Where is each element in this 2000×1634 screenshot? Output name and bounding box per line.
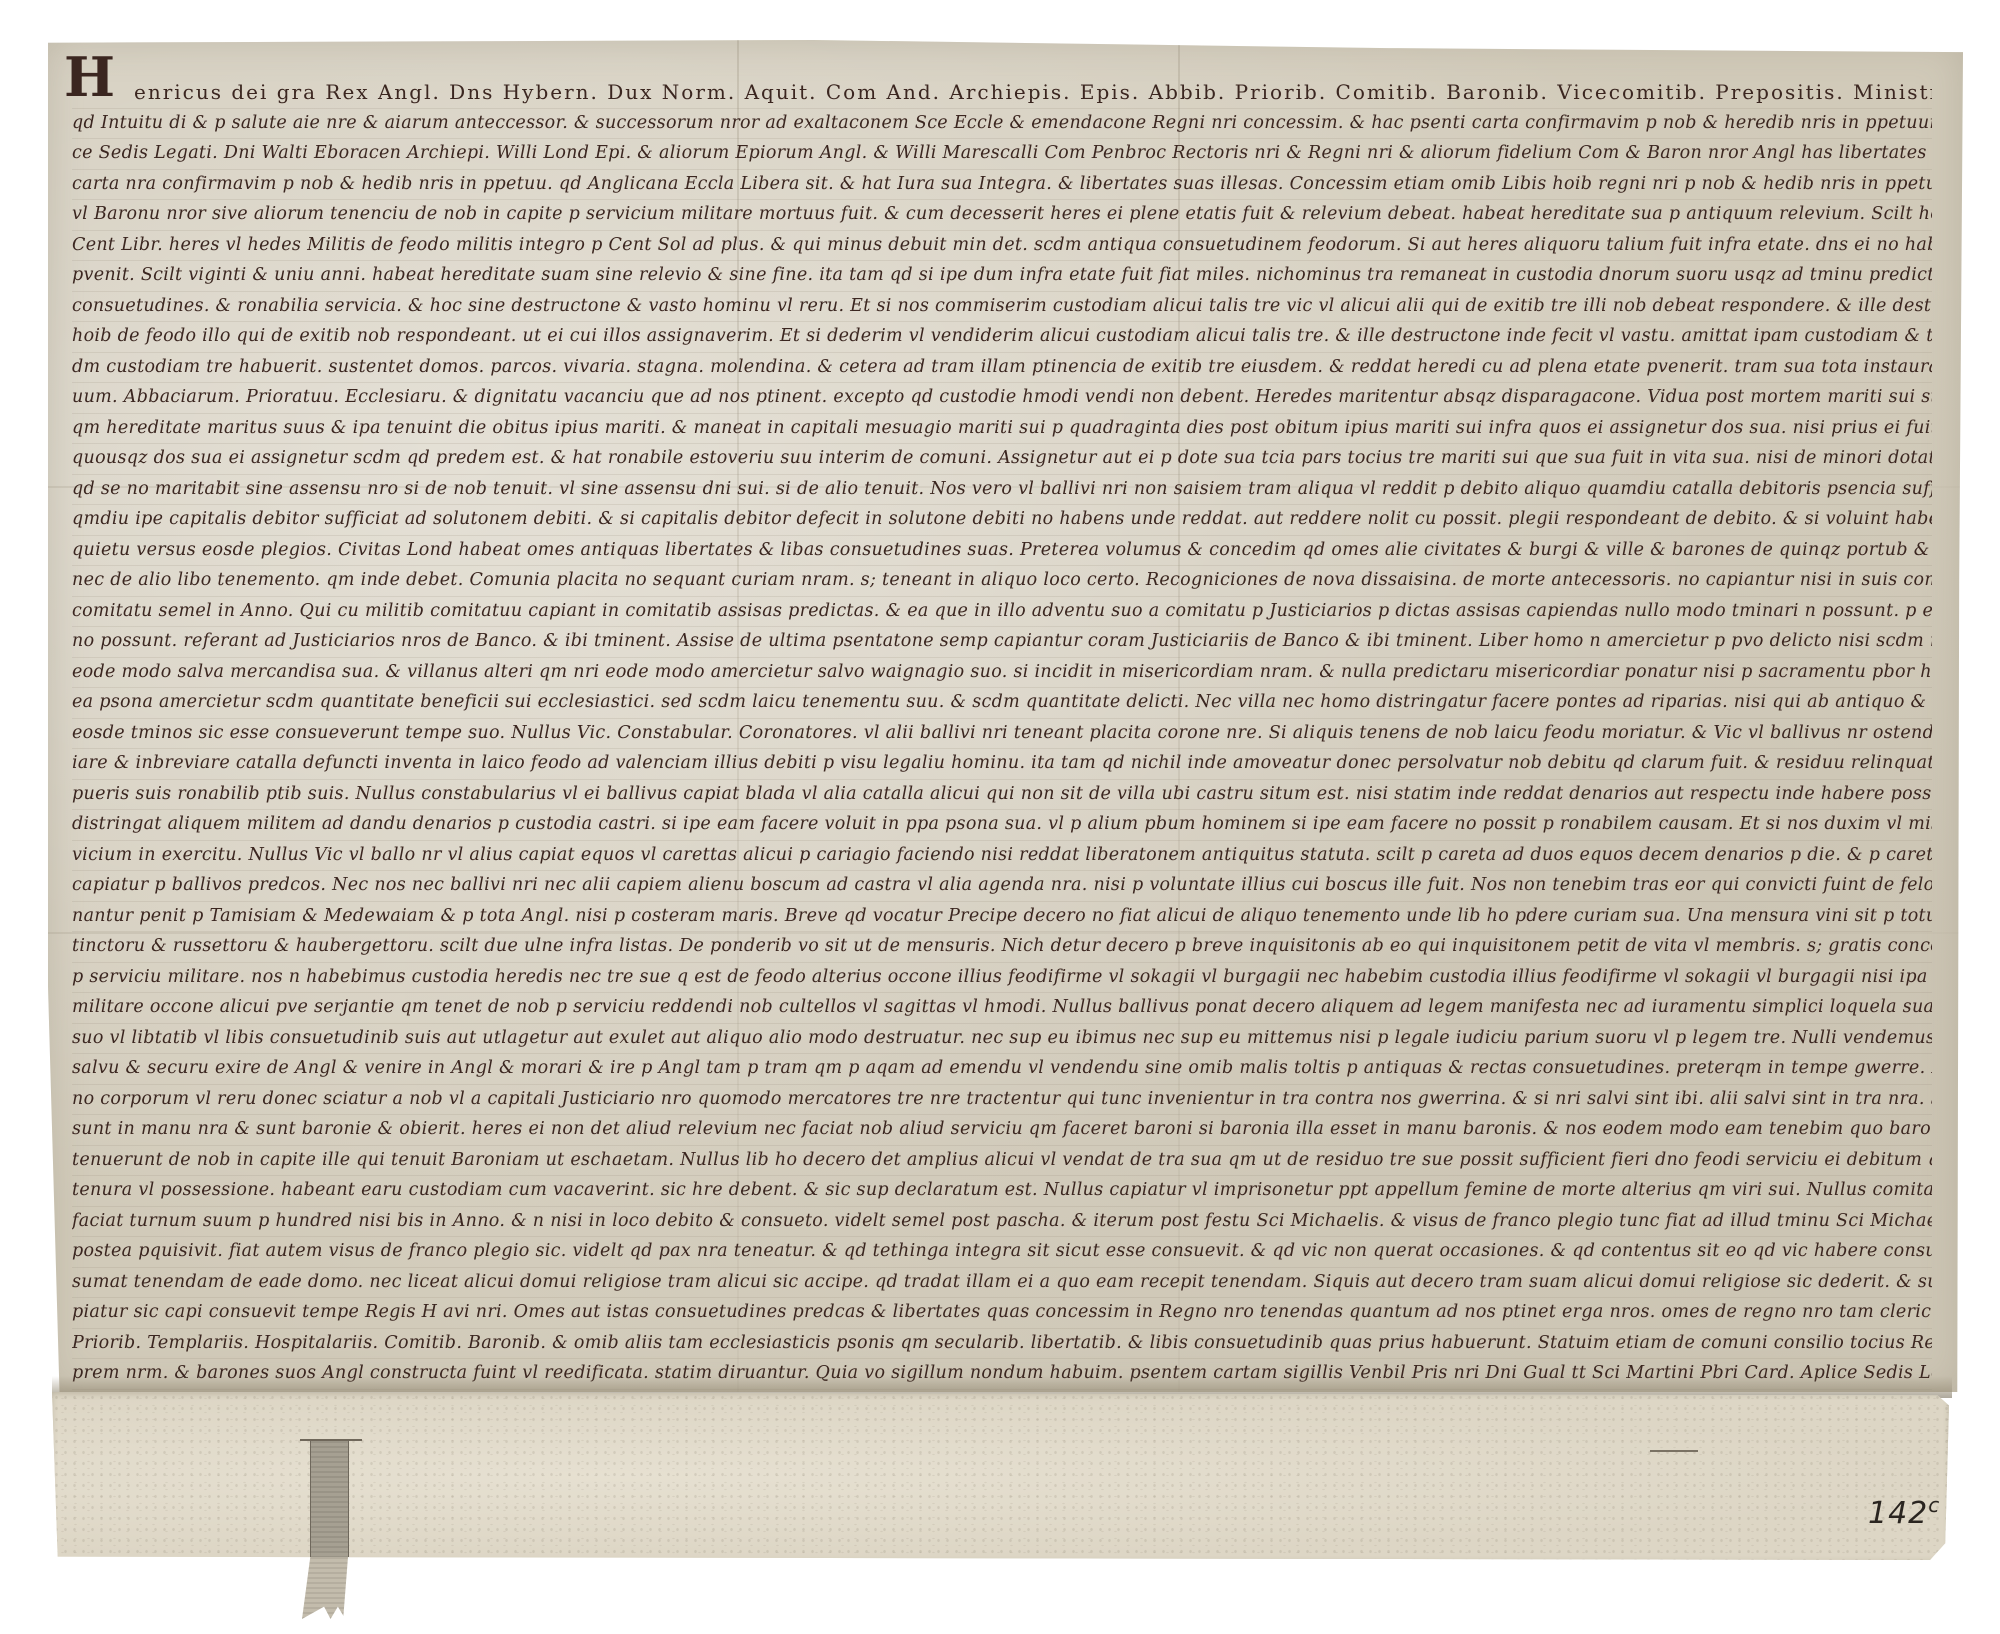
charter-line: tenura vl possessione. habeant earu cust… — [72, 1176, 1932, 1207]
charter-line: qmdiu ipe capitalis debitor sufficiat ad… — [72, 505, 1932, 536]
charter-line: eode modo salva mercandisa sua. & villan… — [72, 658, 1932, 689]
charter-line: p serviciu militare. nos n habebimus cus… — [72, 963, 1932, 994]
shelfmark-suffix: c — [1928, 1493, 1940, 1517]
charter-line: faciat turnum suum p hundred nisi bis in… — [72, 1207, 1932, 1238]
charter-line: capiatur p ballivos predcos. Nec nos nec… — [72, 871, 1932, 902]
charter-line: no possunt. referant ad Justiciarios nro… — [72, 627, 1932, 658]
charter-line: sumat tenendam de eade domo. nec liceat … — [72, 1268, 1932, 1299]
charter-line: nec de alio libo tenemento. qm inde debe… — [72, 566, 1932, 597]
seal-tag-ribbon — [310, 1441, 349, 1557]
charter-line: carta nra confirmavim p nob & hedib nris… — [72, 170, 1932, 201]
charter-line: qd se no maritabit sine assensu nro si d… — [72, 475, 1932, 506]
charter-line: qd Intuitu di & p salute aie nre & aiaru… — [72, 109, 1932, 140]
charter-line: ea psona amercietur scdm quantitate bene… — [72, 688, 1932, 719]
charter-line: uum. Abbaciarum. Prioratuu. Ecclesiaru. … — [72, 383, 1932, 414]
shelfmark-number: 142 — [1868, 1496, 1928, 1531]
charter-line: eosde tminos sic esse consueverunt tempe… — [72, 719, 1932, 750]
charter-line: hoib de feodo illo qui de exitib nob res… — [72, 322, 1932, 353]
charter-line: no corporum vl reru donec sciatur a nob … — [72, 1085, 1932, 1116]
charter-line: pvenit. Scilt viginti & uniu anni. habea… — [72, 261, 1932, 292]
charter-line: Priorib. Templariis. Hospitalariis. Comi… — [72, 1329, 1932, 1360]
charter-line: tinctoru & russettoru & haubergettoru. s… — [72, 932, 1932, 963]
charter-line: nantur penit p Tamisiam & Medewaiam & p … — [72, 902, 1932, 933]
shelfmark-annotation: 142c — [1868, 1493, 1940, 1531]
charter-line: vl Baronu nror sive aliorum tenenciu de … — [72, 200, 1932, 231]
charter-line: salvu & securu exire de Angl & venire in… — [72, 1054, 1932, 1085]
charter-line: vicium in exercitu. Nullus Vic vl ballo … — [72, 841, 1932, 872]
charter-line: postea pquisivit. fiat autem visus de fr… — [72, 1237, 1932, 1268]
charter-line: tenuerunt de nob in capite ille qui tenu… — [72, 1146, 1932, 1177]
charter-line: suo vl libtatib vl libis consuetudinib s… — [72, 1024, 1932, 1055]
charter-parchment: enricus dei gra Rex Angl. Dns Hybern. Du… — [48, 40, 1963, 1392]
charter-line: quietu versus eosde plegios. Civitas Lon… — [72, 536, 1932, 567]
charter-line: ce Sedis Legati. Dni Walti Eboracen Arch… — [72, 139, 1932, 170]
charter-line: consuetudines. & ronabilia servicia. & h… — [72, 292, 1932, 323]
charter-line: dm custodiam tre habuerit. sustentet dom… — [72, 353, 1932, 384]
charter-line: pueris suis ronabilib ptib suis. Nullus … — [72, 780, 1932, 811]
charter-line: Cent Libr. heres vl hedes Militis de feo… — [72, 231, 1932, 262]
seal-tag-ribbon-tail — [302, 1557, 348, 1619]
charter-line: militare occone alicui pve serjantie qm … — [72, 993, 1932, 1024]
charter-line: piatur sic capi consuevit tempe Regis H … — [72, 1298, 1932, 1329]
charter-line: enricus dei gra Rex Angl. Dns Hybern. Du… — [72, 78, 1932, 109]
charter-line: iare & inbreviare catalla defuncti inven… — [72, 749, 1932, 780]
decorated-initial: H — [64, 50, 115, 104]
charter-line: sunt in manu nra & sunt baronie & obieri… — [72, 1115, 1932, 1146]
seal-slit — [1650, 1450, 1698, 1452]
charter-text: enricus dei gra Rex Angl. Dns Hybern. Du… — [72, 78, 1932, 1390]
charter-line: comitatu semel in Anno. Qui cu militib c… — [72, 597, 1932, 628]
charter-line: qm hereditate maritus suus & ipa tenuint… — [72, 414, 1932, 445]
charter-line: quousqz dos sua ei assignetur scdm qd pr… — [72, 444, 1932, 475]
charter-line: distringat aliquem militem ad dandu dena… — [72, 810, 1932, 841]
